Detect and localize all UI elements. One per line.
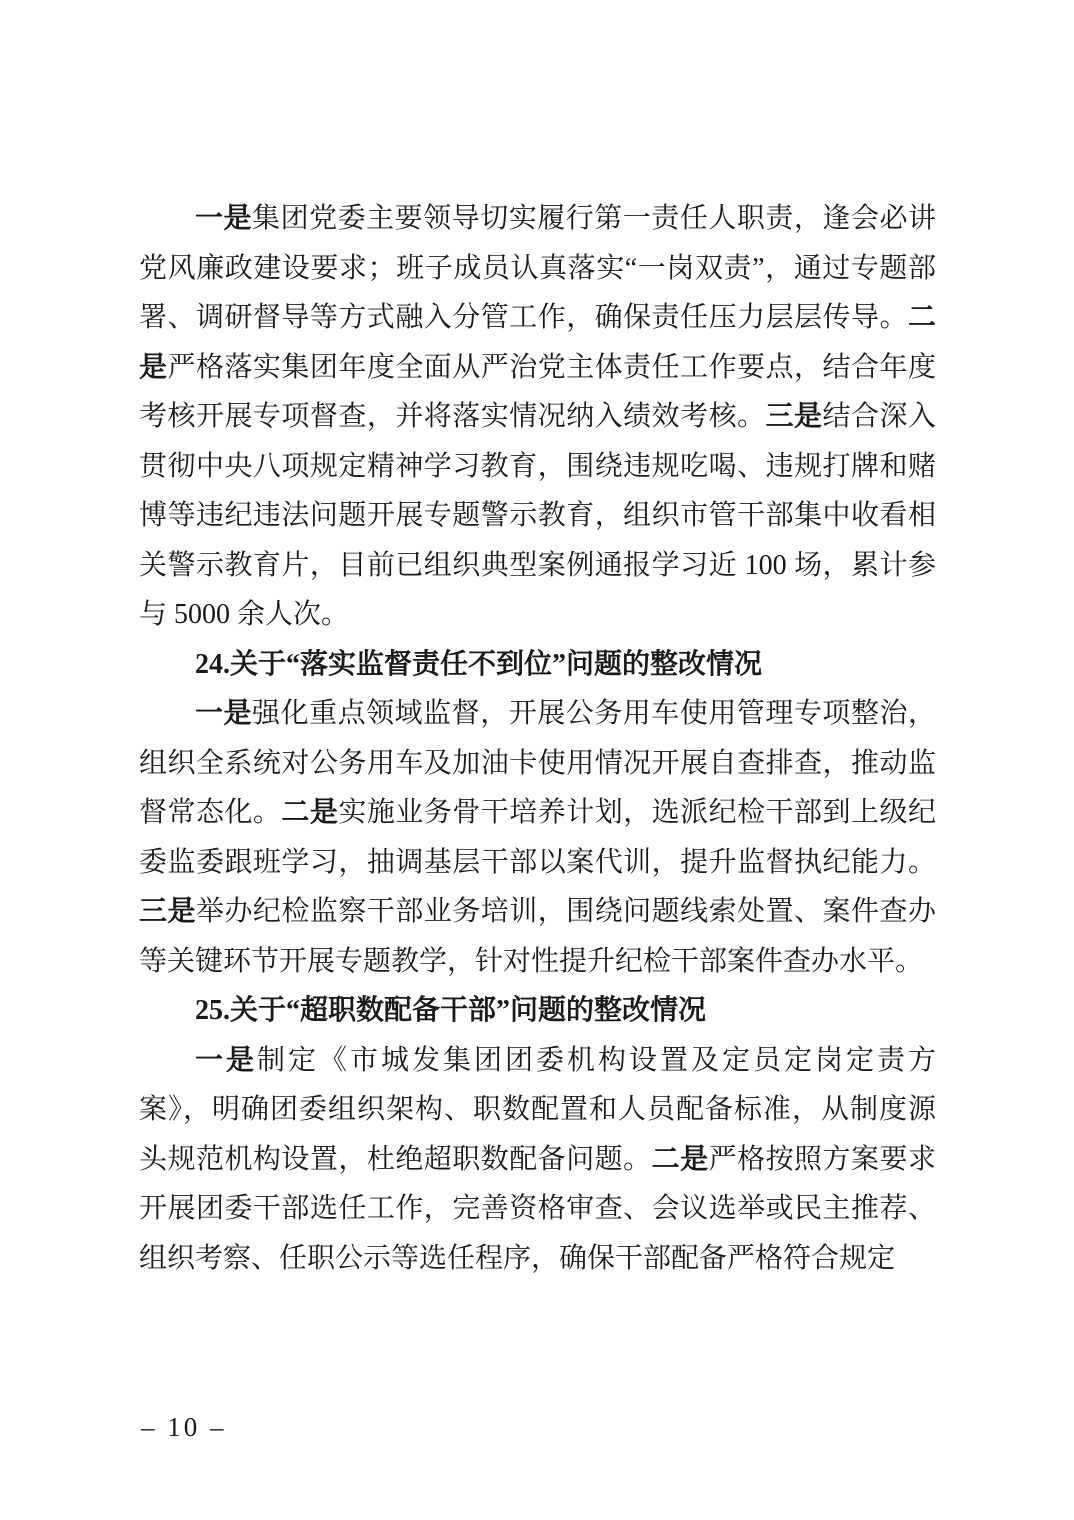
text-run: 集团党委主要领导切实履行第一责任人职责，逢会必讲党风廉政建设要求；班子成员认真落… (139, 203, 936, 333)
document-body: 一是集团党委主要领导切实履行第一责任人职责，逢会必讲党风廉政建设要求；班子成员认… (139, 194, 936, 1283)
page-number: – 10 – (141, 1412, 227, 1442)
text-run: 结合深入贯彻中央八项规定精神学习教育，围绕违规吃喝、违规打牌和赌博等违纪违法问题… (139, 401, 936, 630)
emphasis-run: 二是 (281, 797, 338, 828)
section-heading: 25.关于“超职数配备干部”问题的整改情况 (139, 986, 936, 1036)
emphasis-run: 一是 (195, 698, 252, 729)
section-heading: 24.关于“落实监督责任不到位”问题的整改情况 (139, 640, 936, 690)
emphasis-run: 二是 (652, 1144, 709, 1175)
body-paragraph: 一是制定《市城发集团团委机构设置及定员定岗定责方案》，明确团委组织架构、职数配置… (139, 1036, 936, 1284)
emphasis-run: 24.关于“落实监督责任不到位”问题的整改情况 (195, 649, 762, 680)
body-paragraph: 一是强化重点领域监督，开展公务用车使用管理专项整治，组织全系统对公务用车及加油卡… (139, 689, 936, 986)
emphasis-run: 一是 (195, 203, 252, 234)
emphasis-run: 25.关于“超职数配备干部”问题的整改情况 (195, 995, 706, 1026)
body-paragraph: 一是集团党委主要领导切实履行第一责任人职责，逢会必讲党风廉政建设要求；班子成员认… (139, 194, 936, 640)
emphasis-run: 一是 (195, 1045, 257, 1076)
emphasis-run: 三是 (766, 401, 823, 432)
page-footer: – 10 – (141, 1411, 227, 1443)
text-run: 举办纪检监察干部业务培训，围绕问题线索处置、案件查办等关键环节开展专题教学，针对… (139, 896, 936, 977)
emphasis-run: 三是 (139, 896, 196, 927)
document-page: 一是集团党委主要领导切实履行第一责任人职责，逢会必讲党风廉政建设要求；班子成员认… (0, 0, 1074, 1520)
